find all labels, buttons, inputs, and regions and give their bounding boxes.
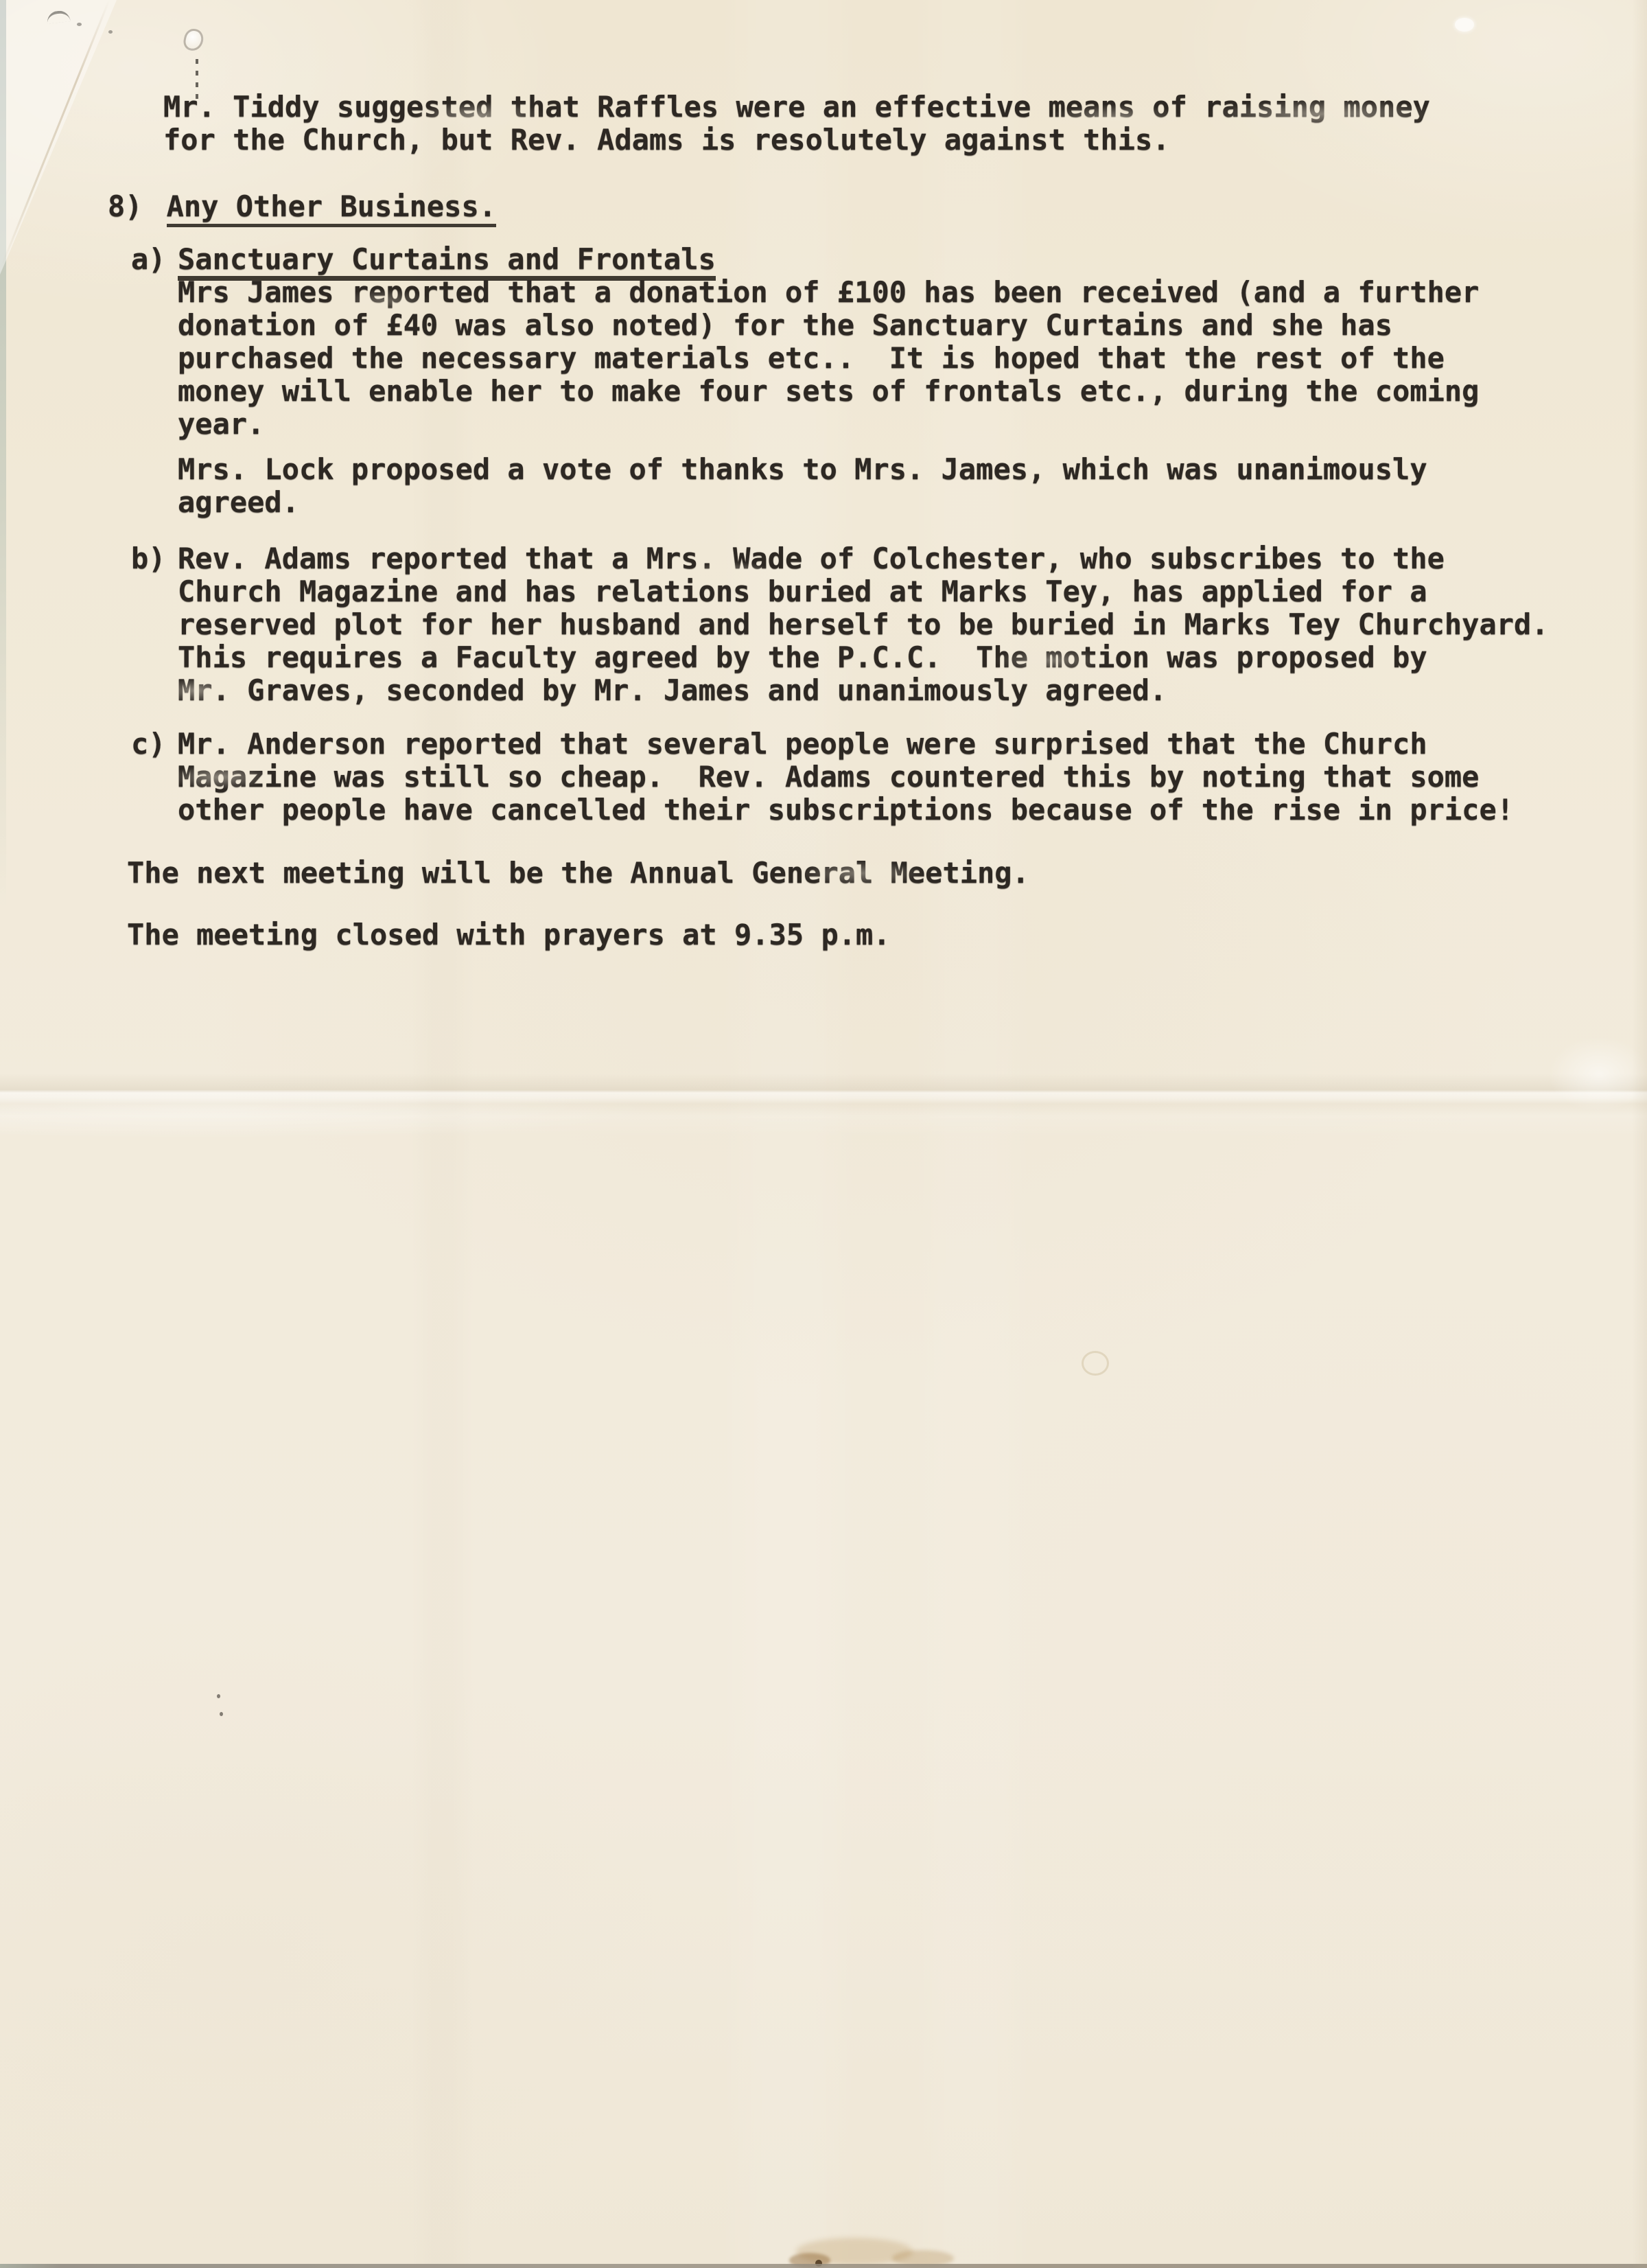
section-title: Any Other Business. xyxy=(167,190,496,227)
item-b-p1-l5: Mr. Graves, seconded by Mr. James and un… xyxy=(178,674,1549,707)
item-b-p1-l4: This requires a Faculty agreed by the P.… xyxy=(178,641,1549,674)
section-number: 8) xyxy=(108,189,143,223)
item-c-p1-l3: other people have cancelled their subscr… xyxy=(178,794,1514,826)
closing-line-2: The meeting closed with prayers at 9.35 … xyxy=(127,918,891,951)
item-a: a) Sanctuary Curtains and Frontals Mrs J… xyxy=(131,243,1479,519)
item-b-body: Rev. Adams reported that a Mrs. Wade of … xyxy=(178,542,1549,707)
closing-line-1: The next meeting will be the Annual Gene… xyxy=(127,857,1029,890)
item-c-p1-l2: Magazine was still so cheap. Rev. Adams … xyxy=(178,761,1514,794)
item-b-p1-l3: reserved plot for her husband and hersel… xyxy=(178,608,1549,641)
item-a-p1-l1: Mrs James reported that a donation of £1… xyxy=(178,276,1479,309)
intro-paragraph: Mr. Tiddy suggested that Raffles were an… xyxy=(163,91,1430,157)
intro-line-2: for the Church, but Rev. Adams is resolu… xyxy=(163,124,1430,157)
typewritten-text-layer: Mr. Tiddy suggested that Raffles were an… xyxy=(0,0,1647,2268)
item-c-body: Mr. Anderson reported that several peopl… xyxy=(178,728,1514,826)
item-b-marker: b) xyxy=(131,542,178,707)
item-b-p1-l2: Church Magazine and has relations buried… xyxy=(178,575,1549,608)
item-a-marker: a) xyxy=(131,243,178,519)
item-c: c) Mr. Anderson reported that several pe… xyxy=(131,728,1514,826)
item-a-p1-l4: money will enable her to make four sets … xyxy=(178,375,1479,408)
item-c-marker: c) xyxy=(131,728,178,826)
section-8-heading: 8)Any Other Business. xyxy=(108,190,496,227)
item-a-p1-l5: year. xyxy=(178,408,1479,441)
item-a-p1-l3: purchased the necessary materials etc.. … xyxy=(178,342,1479,375)
scanned-minutes-page: Mr. Tiddy suggested that Raffles were an… xyxy=(0,0,1647,2268)
item-c-p1-l1: Mr. Anderson reported that several peopl… xyxy=(178,728,1514,761)
item-a-p2-l1: Mrs. Lock proposed a vote of thanks to M… xyxy=(178,453,1479,486)
item-a-p1-l2: donation of £40 was also noted) for the … xyxy=(178,309,1479,342)
item-b: b) Rev. Adams reported that a Mrs. Wade … xyxy=(131,542,1549,707)
paper-right-edge xyxy=(1632,0,1647,2268)
item-a-body: Sanctuary Curtains and Frontals Mrs Jame… xyxy=(178,243,1479,519)
item-b-p1-l1: Rev. Adams reported that a Mrs. Wade of … xyxy=(178,542,1549,575)
item-a-heading: Sanctuary Curtains and Frontals xyxy=(178,243,1479,276)
intro-line-1: Mr. Tiddy suggested that Raffles were an… xyxy=(163,91,1430,124)
item-a-p2-l2: agreed. xyxy=(178,486,1479,519)
paper-bottom-edge xyxy=(0,2264,1647,2268)
